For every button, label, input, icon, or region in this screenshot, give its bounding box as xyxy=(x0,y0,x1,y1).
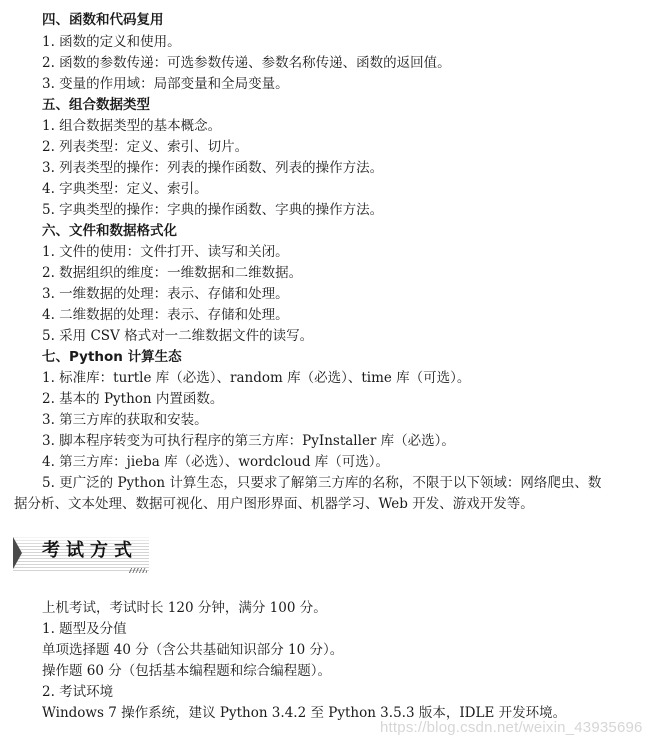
list-item: 5. 采用 CSV 格式对一二维数据文件的读写。 xyxy=(42,326,313,346)
list-item: 4. 第三方库：jieba 库（必选）、wordcloud 库（可选）。 xyxy=(42,452,389,472)
list-item: 4. 字典类型：定义、索引。 xyxy=(42,179,208,199)
section-heading-composite-types: 五、组合数据类型 xyxy=(42,95,150,115)
section-banner-exam-method: 考试方式 xyxy=(13,535,149,573)
list-item: 2. 函数的参数传递：可选参数传递、参数名称传递、函数的返回值。 xyxy=(42,53,451,73)
list-item: 3. 列表类型的操作：列表的操作函数、列表的操作方法。 xyxy=(42,158,383,178)
list-item: 3. 变量的作用域：局部变量和全局变量。 xyxy=(42,74,289,94)
list-item-paragraph-line1: 5. 更广泛的 Python 计算生态，只要求了解第三方库的名称，不限于以下领域… xyxy=(42,473,601,493)
list-item: 1. 函数的定义和使用。 xyxy=(42,32,181,52)
banner-arrow-icon xyxy=(13,537,22,569)
watermark: https://blog.csdn.net/weixin_43935696 xyxy=(380,719,643,736)
list-item: 2. 基本的 Python 内置函数。 xyxy=(42,389,223,409)
list-item: 1. 组合数据类型的基本概念。 xyxy=(42,116,221,136)
exam-subheading-environment: 2. 考试环境 xyxy=(42,682,113,702)
exam-line: 操作题 60 分（包括基本编程题和综合编程题）。 xyxy=(42,661,331,681)
section-heading-functions: 四、函数和代码复用 xyxy=(42,10,164,30)
list-item: 2. 数据组织的维度：一维数据和二维数据。 xyxy=(42,263,302,283)
list-item: 3. 第三方库的获取和安装。 xyxy=(42,410,208,430)
list-item: 3. 脚本程序转变为可执行程序的第三方库：PyInstaller 库（必选）。 xyxy=(42,431,455,451)
banner-title: 考试方式 xyxy=(42,538,138,564)
exam-summary: 上机考试，考试时长 120 分钟，满分 100 分。 xyxy=(42,598,327,618)
document-page: 四、函数和代码复用 1. 函数的定义和使用。 2. 函数的参数传递：可选参数传递… xyxy=(0,0,656,746)
list-item: 1. 文件的使用：文件打开、读写和关闭。 xyxy=(42,242,289,262)
section-heading-python-ecosystem: 七、Python 计算生态 xyxy=(42,347,182,367)
list-item-paragraph-line2: 据分析、文本处理、数据可视化、用户图形界面、机器学习、Web 开发、游戏开发等。 xyxy=(14,494,534,514)
section-heading-files-data-format: 六、文件和数据格式化 xyxy=(42,221,177,241)
exam-subheading-question-types: 1. 题型及分值 xyxy=(42,619,127,639)
list-item: 4. 二维数据的处理：表示、存储和处理。 xyxy=(42,305,289,325)
exam-line: 单项选择题 40 分（含公共基础知识部分 10 分）。 xyxy=(42,640,343,660)
banner-hatch-decoration xyxy=(129,568,147,573)
list-item: 3. 一维数据的处理：表示、存储和处理。 xyxy=(42,284,289,304)
list-item: 2. 列表类型：定义、索引、切片。 xyxy=(42,137,248,157)
list-item: 5. 字典类型的操作：字典的操作函数、字典的操作方法。 xyxy=(42,200,383,220)
list-item: 1. 标准库：turtle 库（必选）、random 库（必选）、time 库（… xyxy=(42,368,470,388)
